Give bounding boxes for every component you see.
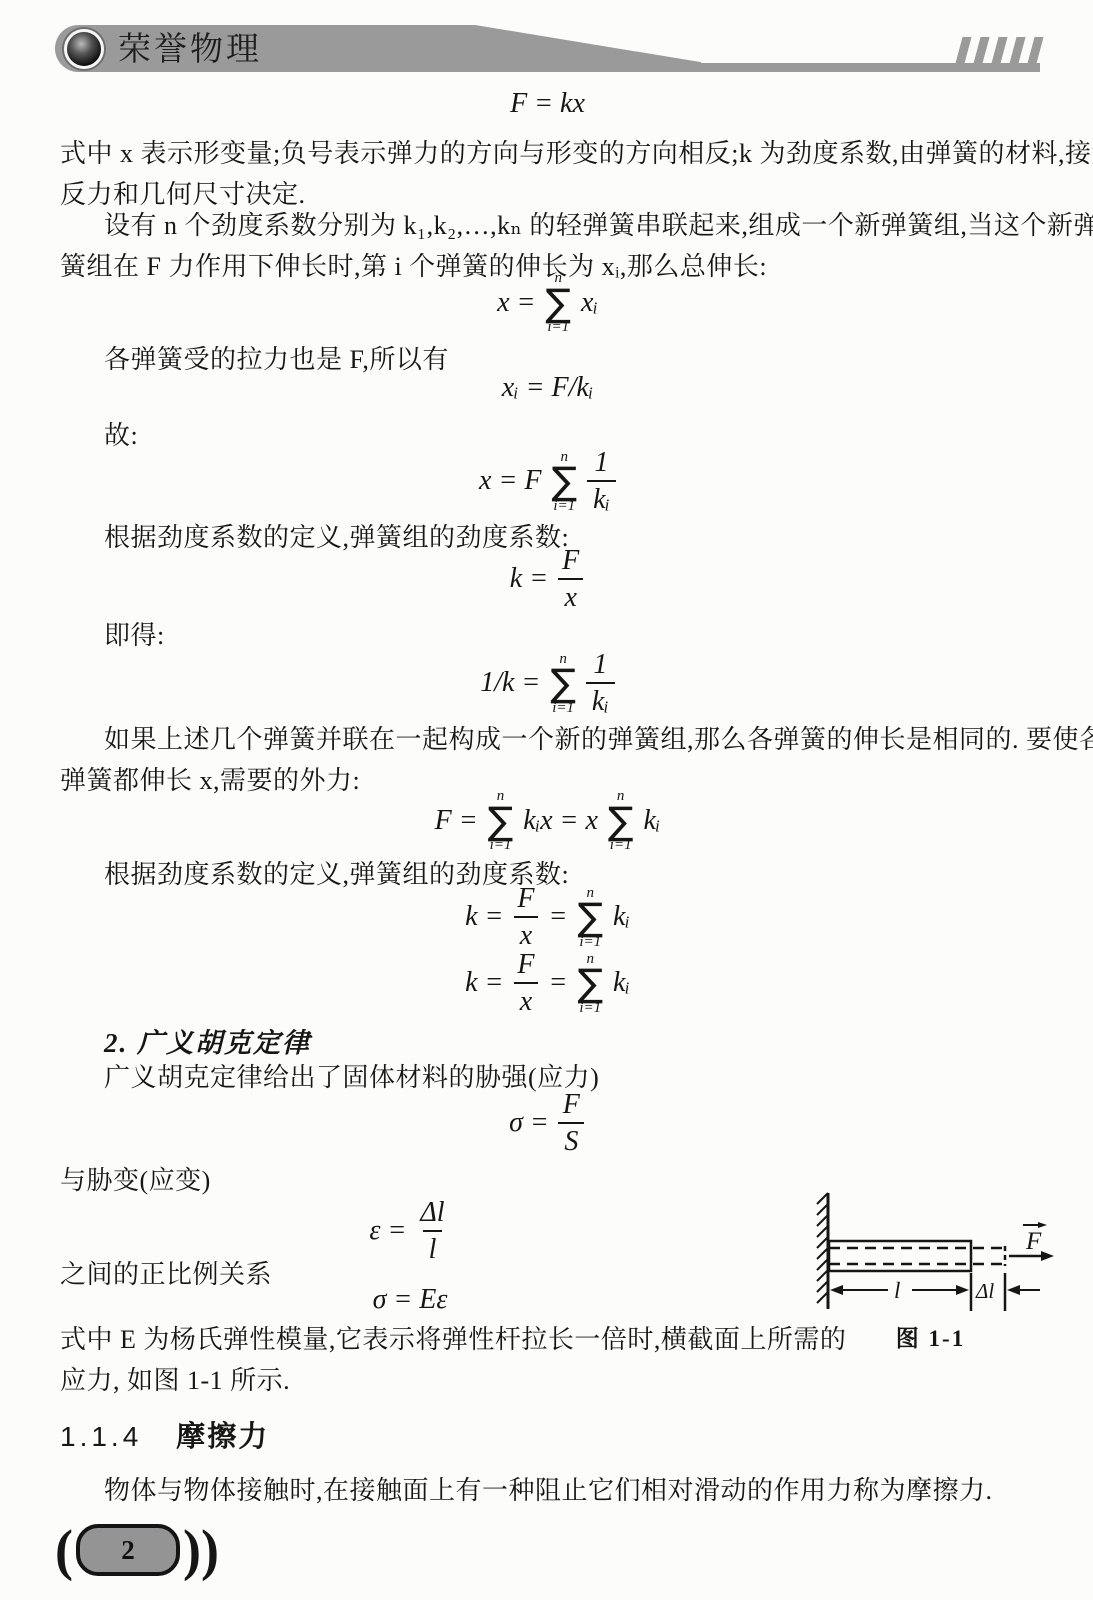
formula-series-stiffness: 1/k = n ∑ i=1 1 kᵢ xyxy=(60,650,1035,717)
summation-symbol: n ∑ i=1 xyxy=(488,788,514,853)
fraction-denominator: x xyxy=(558,578,582,612)
sum-lower-limit: i=1 xyxy=(579,934,601,951)
badge-left-paren: ( xyxy=(55,1525,73,1575)
sigma-icon: ∑ xyxy=(577,967,603,999)
summation-symbol: n ∑ i=1 xyxy=(551,449,577,514)
formula-stiffness: k = F x xyxy=(60,546,1035,613)
formula-rhs: xᵢ xyxy=(581,287,598,319)
fraction: F S xyxy=(557,1090,586,1157)
formula-expr: σ = Eε xyxy=(373,1284,448,1316)
sum-lower-limit: i=1 xyxy=(547,319,569,336)
formula-rhs: kᵢ xyxy=(613,901,630,933)
sum-lower-limit: i=1 xyxy=(490,837,512,854)
formula-lhs: x = xyxy=(497,287,535,319)
formula-total-extension: x = n ∑ i=1 xᵢ xyxy=(60,270,1035,335)
equals-sign: = xyxy=(549,967,568,999)
fraction: F x xyxy=(511,950,540,1017)
page-number-badge: ( 2 )) xyxy=(55,1524,219,1576)
formula-expr: F = kx xyxy=(510,88,585,120)
sigma-icon: ∑ xyxy=(577,901,603,933)
sigma-icon: ∑ xyxy=(608,805,634,837)
textbook-page: 荣誉物理 F = kx 式中 x 表示形变量;负号表示弹力的方向与形变的方向相反… xyxy=(0,0,1093,1600)
sigma-icon: ∑ xyxy=(545,287,571,319)
paragraph-line: 应力, 如图 1-1 所示. xyxy=(60,1361,290,1401)
section-number: 1.1.4 xyxy=(60,1421,142,1453)
formula-lhs: ε = xyxy=(369,1215,406,1247)
fraction-numerator: F xyxy=(511,884,540,916)
fraction: F x xyxy=(556,546,585,613)
sphere-logo-icon xyxy=(64,29,104,69)
header-title: 荣誉物理 xyxy=(118,25,262,72)
figure-force-label: F xyxy=(1025,1228,1042,1255)
formula-lhs: k = xyxy=(465,967,503,999)
equals-sign: = xyxy=(549,901,568,933)
formula-hooke-law: F = kx xyxy=(60,88,1035,120)
subsection-heading: 2. 广义胡克定律 xyxy=(104,1023,311,1063)
formula-lhs: k = xyxy=(465,901,503,933)
fraction-numerator: Δl xyxy=(414,1198,450,1230)
summation-symbol: n ∑ i=1 xyxy=(545,270,571,335)
formula-lhs: σ = xyxy=(509,1107,549,1139)
formula-spring-extension: xᵢ = F/kᵢ xyxy=(60,372,1035,404)
fraction: Δl l xyxy=(414,1198,450,1265)
fraction: 1 kᵢ xyxy=(586,650,615,717)
formula-stress: σ = F S xyxy=(60,1090,1035,1157)
fraction-denominator: kᵢ xyxy=(586,682,615,716)
formula-lhs: k = xyxy=(510,563,548,595)
page-number: 2 xyxy=(76,1524,180,1576)
formula-parallel-stiffness-repeat: k = F x = n ∑ i=1 kᵢ xyxy=(60,950,1035,1017)
formula-series-extension: x = F n ∑ i=1 1 kᵢ xyxy=(60,448,1035,515)
formula-mid: kᵢx = x xyxy=(523,805,598,837)
sigma-icon: ∑ xyxy=(550,667,576,699)
badge-right-paren: )) xyxy=(183,1525,219,1575)
fraction-numerator: F xyxy=(511,950,540,982)
sum-lower-limit: i=1 xyxy=(553,498,575,515)
sum-lower-limit: i=1 xyxy=(610,837,632,854)
paragraph-line: 如果上述几个弹簧并联在一起构成一个新的弹簧组,那么各弹簧的伸长是相同的. 要使各 xyxy=(104,720,1093,760)
header-slash-icon xyxy=(1025,37,1043,71)
formula-lhs: 1/k = xyxy=(480,667,540,699)
formula-lhs: x = F xyxy=(479,465,541,497)
formula-rhs: kᵢ xyxy=(643,805,660,837)
formula-rhs: kᵢ xyxy=(613,967,630,999)
fraction-denominator: S xyxy=(558,1122,584,1156)
paragraph-line: 与胁变(应变) xyxy=(60,1161,211,1201)
summation-symbol: n ∑ i=1 xyxy=(577,951,603,1016)
sigma-icon: ∑ xyxy=(488,805,514,837)
formula-youngs-modulus: σ = Eε xyxy=(60,1284,760,1316)
fraction-denominator: x xyxy=(514,982,538,1016)
formula-parallel-force: F = n ∑ i=1 kᵢx = x n ∑ i=1 kᵢ xyxy=(60,788,1035,853)
fraction-denominator: kᵢ xyxy=(587,480,616,514)
fraction-numerator: F xyxy=(557,1090,586,1122)
sum-lower-limit: i=1 xyxy=(552,700,574,717)
fraction-numerator: F xyxy=(556,546,585,578)
figure-rod-stretch-diagram: F l Δl xyxy=(788,1185,1073,1321)
figure-length-label: l xyxy=(894,1278,900,1303)
paragraph-line: 物体与物体接触时,在接触面上有一种阻止它们相对滑动的作用力称为摩擦力. xyxy=(104,1471,993,1511)
fraction-denominator: x xyxy=(514,916,538,950)
sigma-icon: ∑ xyxy=(551,465,577,497)
section-heading: 1.1.4 摩擦力 xyxy=(60,1414,269,1455)
summation-symbol: n ∑ i=1 xyxy=(550,651,576,716)
fraction-denominator: l xyxy=(423,1230,443,1264)
formula-expr: xᵢ = F/kᵢ xyxy=(502,372,594,404)
figure-delta-label: Δl xyxy=(975,1279,994,1303)
paragraph-line: 式中 x 表示形变量;负号表示弹力的方向与形变的方向相反;k 为劲度系数,由弹簧… xyxy=(60,134,1093,174)
formula-lhs: F = xyxy=(435,805,478,837)
paragraph-line: 设有 n 个劲度系数分别为 k₁,k₂,…,kₙ 的轻弹簧串联起来,组成一个新弹… xyxy=(104,206,1093,246)
fraction: F x xyxy=(511,884,540,951)
summation-symbol: n ∑ i=1 xyxy=(577,885,603,950)
section-title: 摩擦力 xyxy=(176,1414,269,1455)
sum-lower-limit: i=1 xyxy=(579,1000,601,1017)
fraction-numerator: 1 xyxy=(587,650,613,682)
fraction-numerator: 1 xyxy=(589,448,615,480)
header-banner-taper xyxy=(475,25,701,72)
formula-parallel-stiffness: k = F x = n ∑ i=1 kᵢ xyxy=(60,884,1035,951)
summation-symbol: n ∑ i=1 xyxy=(608,788,634,853)
fraction: 1 kᵢ xyxy=(587,448,616,515)
paragraph-line: 式中 E 为杨氏弹性模量,它表示将弹性杆拉长一倍时,横截面上所需的 xyxy=(60,1320,846,1360)
figure-caption: 图 1-1 xyxy=(788,1320,1073,1353)
